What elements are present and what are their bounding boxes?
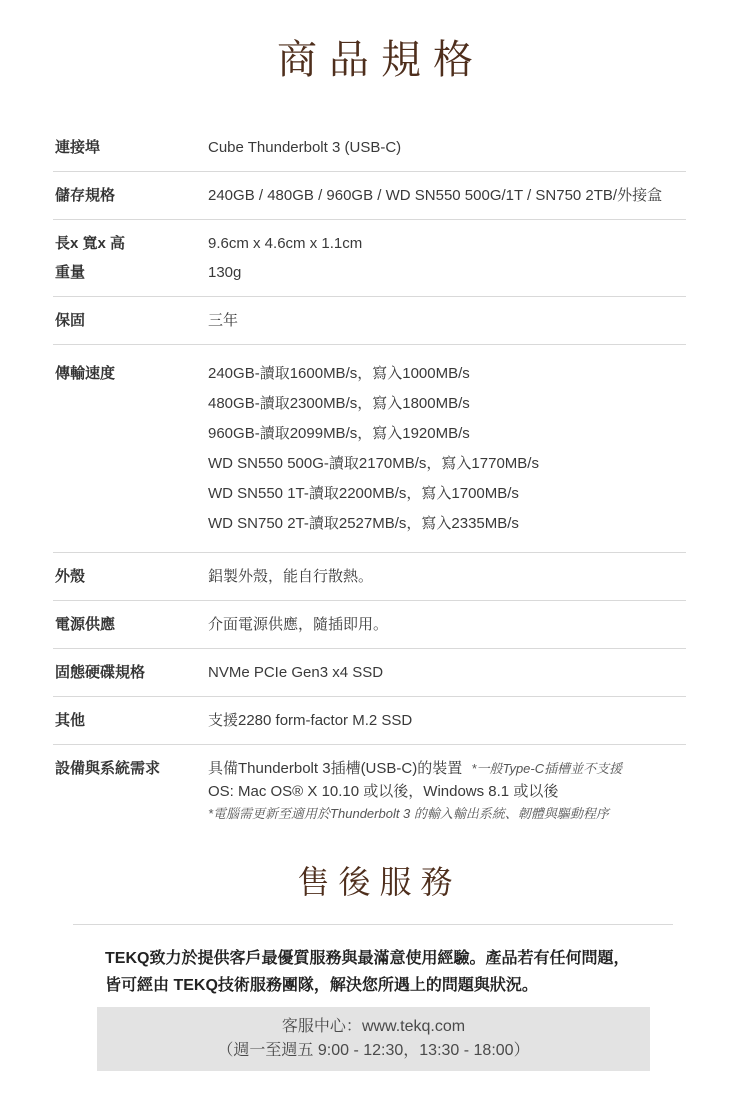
spec-row-storage: 儲存規格 240GB / 480GB / 960GB / WD SN550 50…	[53, 172, 686, 220]
spec-table: 連接埠 Cube Thunderbolt 3 (USB-C) 儲存規格 240G…	[53, 124, 686, 837]
requirements-typec-note: *一般Type-C插槽並不支援	[471, 761, 622, 776]
spec-value-warranty: 三年	[208, 311, 686, 330]
section-divider	[73, 924, 673, 925]
spec-label-warranty: 保固	[55, 311, 208, 330]
requirements-device-text: 具備Thunderbolt 3插槽(USB-C)的裝置	[208, 760, 462, 777]
service-description: TEKQ致力於提供客戶最優質服務與最滿意使用經驗。產品若有任何問題， 皆可經由 …	[105, 945, 660, 999]
spec-pair-dimensions: 長x 寬x 高 9.6cm x 4.6cm x 1.1cm	[55, 234, 686, 253]
spec-row-enclosure: 外殼 鋁製外殼，能自行散熱。	[53, 553, 686, 601]
customer-service-url[interactable]: www.tekq.com	[362, 1018, 465, 1035]
spec-label-ssd-spec: 固態硬碟規格	[55, 663, 208, 682]
service-description-line1: TEKQ致力於提供客戶最優質服務與最滿意使用經驗。產品若有任何問題，	[105, 945, 660, 972]
requirements-line-device: 具備Thunderbolt 3插槽(USB-C)的裝置 *一般Type-C插槽並…	[208, 759, 686, 778]
spec-value-storage: 240GB / 480GB / 960GB / WD SN550 500G/1T…	[208, 186, 686, 205]
spec-row-power: 電源供應 介面電源供應，隨插即用。	[53, 601, 686, 649]
customer-service-line: 客服中心：www.tekq.com	[97, 1015, 650, 1039]
spec-row-other: 其他 支援2280 form-factor M.2 SSD	[53, 697, 686, 745]
spec-value-ssd-spec: NVMe PCIe Gen3 x4 SSD	[208, 663, 686, 682]
spec-row-warranty: 保固 三年	[53, 297, 686, 345]
spec-label-enclosure: 外殼	[55, 567, 208, 586]
spec-value-power: 介面電源供應，隨插即用。	[208, 615, 686, 634]
service-section-title: 售後服務	[0, 837, 750, 901]
customer-service-box: 客服中心：www.tekq.com （週一至週五 9:00 - 12:30，13…	[97, 1007, 650, 1071]
spec-value-dimensions: 9.6cm x 4.6cm x 1.1cm	[208, 234, 686, 253]
speed-line-960gb: 960GB-讀取2099MB/s，寫入1920MB/s	[208, 424, 686, 443]
spec-label-power: 電源供應	[55, 615, 208, 634]
spec-label-port: 連接埠	[55, 138, 208, 157]
requirements-line-os: OS: Mac OS® X 10.10 或以後，Windows 8.1 或以後	[208, 782, 686, 801]
requirements-update-note: *電腦需更新至適用於Thunderbolt 3 的輸入輸出系統、韌體與驅動程序	[208, 804, 686, 823]
speed-line-sn750-2t: WD SN750 2T-讀取2527MB/s，寫入2335MB/s	[208, 514, 686, 533]
customer-service-label: 客服中心：	[282, 1018, 362, 1035]
spec-row-requirements: 設備與系統需求 具備Thunderbolt 3插槽(USB-C)的裝置 *一般T…	[53, 745, 686, 837]
speed-line-sn550-1t: WD SN550 1T-讀取2200MB/s，寫入1700MB/s	[208, 484, 686, 503]
spec-value-requirements: 具備Thunderbolt 3插槽(USB-C)的裝置 *一般Type-C插槽並…	[208, 759, 686, 823]
spec-pair-weight: 重量 130g	[55, 263, 686, 282]
spec-row-transfer-speed: 傳輸速度 240GB-讀取1600MB/s，寫入1000MB/s 480GB-讀…	[53, 345, 686, 553]
spec-label-weight: 重量	[55, 263, 208, 282]
spec-value-other: 支援2280 form-factor M.2 SSD	[208, 711, 686, 730]
spec-label-transfer-speed: 傳輸速度	[55, 364, 208, 533]
spec-row-dimensions-weight: 長x 寬x 高 9.6cm x 4.6cm x 1.1cm 重量 130g	[53, 220, 686, 297]
spec-row-ssd-spec: 固態硬碟規格 NVMe PCIe Gen3 x4 SSD	[53, 649, 686, 697]
product-spec-page: 商品規格 連接埠 Cube Thunderbolt 3 (USB-C) 儲存規格…	[0, 0, 750, 1100]
spec-label-storage: 儲存規格	[55, 186, 208, 205]
spec-value-port: Cube Thunderbolt 3 (USB-C)	[208, 138, 686, 157]
customer-service-hours: （週一至週五 9:00 - 12:30，13:30 - 18:00）	[97, 1039, 650, 1063]
spec-value-transfer-speed: 240GB-讀取1600MB/s，寫入1000MB/s 480GB-讀取2300…	[208, 364, 686, 533]
spec-value-enclosure: 鋁製外殼，能自行散熱。	[208, 567, 686, 586]
spec-section-title: 商品規格	[0, 0, 750, 84]
service-description-line2: 皆可經由 TEKQ技術服務團隊，解決您所遇上的問題與狀況。	[105, 972, 660, 999]
speed-line-240gb: 240GB-讀取1600MB/s，寫入1000MB/s	[208, 364, 686, 383]
spec-label-requirements: 設備與系統需求	[55, 759, 208, 823]
spec-value-weight: 130g	[208, 263, 686, 282]
spec-label-other: 其他	[55, 711, 208, 730]
spec-label-dimensions: 長x 寬x 高	[55, 234, 208, 253]
speed-line-sn550-500g: WD SN550 500G-讀取2170MB/s，寫入1770MB/s	[208, 454, 686, 473]
speed-line-480gb: 480GB-讀取2300MB/s，寫入1800MB/s	[208, 394, 686, 413]
spec-row-port: 連接埠 Cube Thunderbolt 3 (USB-C)	[53, 124, 686, 172]
